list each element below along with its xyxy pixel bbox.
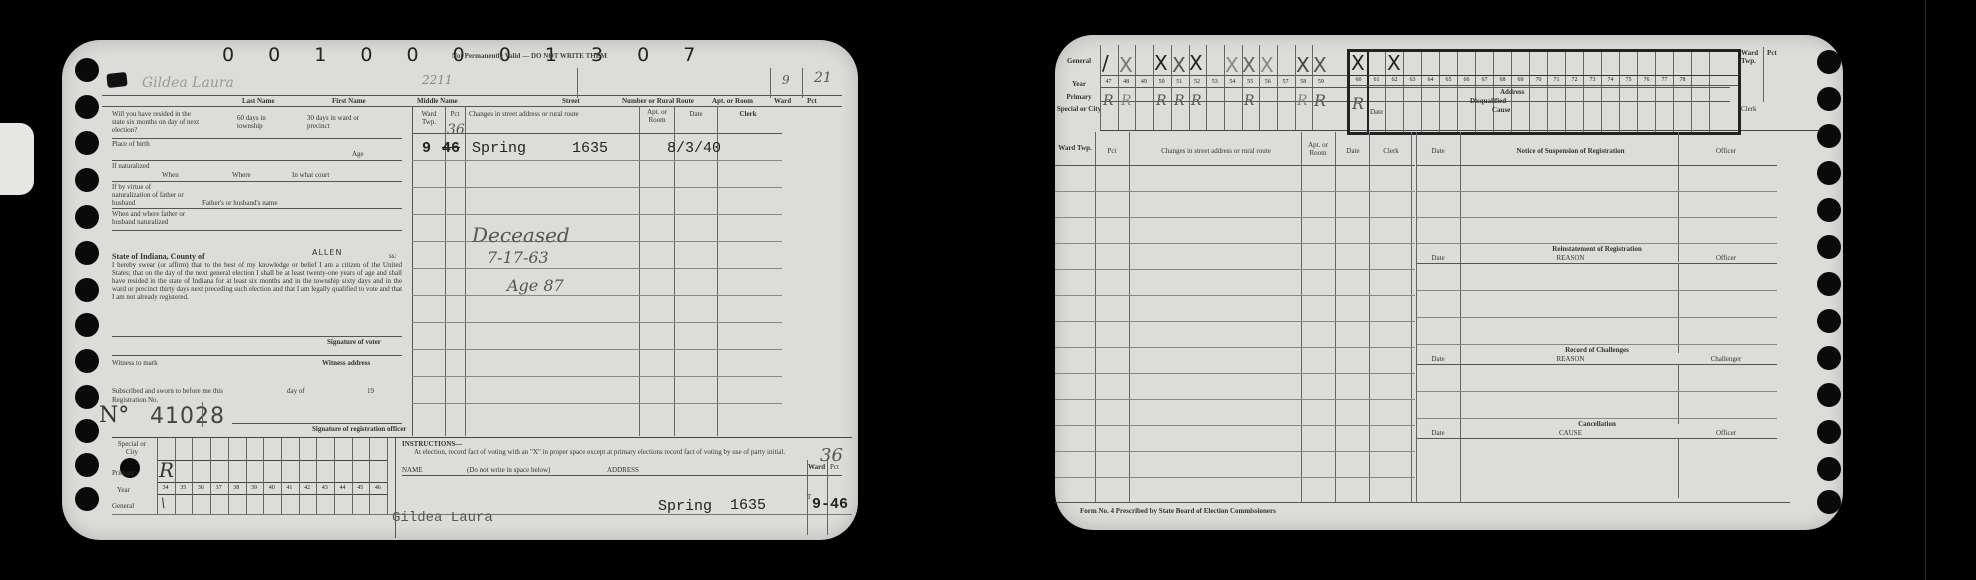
reinstatement-officer-label: Officer <box>1681 254 1771 262</box>
punch-hole <box>1817 457 1841 481</box>
year-cell: 74 <box>1602 77 1619 83</box>
primary-mark: R <box>1156 93 1167 109</box>
row-label-year: Year <box>117 486 130 494</box>
ss-label: ss: <box>389 252 396 260</box>
back-col-ward: Ward Twp. <box>1055 144 1095 152</box>
typed-ward-pct: 9-46 <box>812 496 848 513</box>
primary-mark: R <box>1174 93 1185 109</box>
pct-handwritten-36: 36 <box>447 122 465 138</box>
year-cell: 46 <box>369 485 386 491</box>
back-col-date: Date <box>1337 147 1369 155</box>
general-mark: X <box>1189 53 1203 73</box>
back-clerk-label: Clerk <box>1741 105 1757 113</box>
number-symbol: N° <box>99 403 129 428</box>
year-cell: 52 <box>1189 79 1206 85</box>
general-mark: / <box>1102 53 1109 73</box>
punch-hole <box>1817 198 1841 222</box>
year-cell: 42 <box>299 485 316 491</box>
year-cell: 72 <box>1566 77 1583 83</box>
voter-registration-card-front: 0 0 1 0 0 0 0 1 3 0 7 Not Permanently Va… <box>62 40 858 540</box>
year-cell: 51 <box>1171 79 1188 85</box>
t-prefix: T <box>807 493 811 501</box>
naturalized-label: If naturalized <box>112 162 152 170</box>
punch-hole <box>1817 235 1841 259</box>
reinstatement-heading: Reinstatement of Registration <box>1417 245 1777 253</box>
year-cell: 62 <box>1386 77 1403 83</box>
first-name-label: First Name <box>332 97 366 105</box>
punch-hole <box>1817 490 1841 514</box>
back-row-year: Year <box>1055 80 1103 88</box>
year-cell: 50 <box>1153 79 1170 85</box>
punch-hole <box>1817 124 1841 148</box>
apt-room-label: Apt. or Room <box>712 97 753 105</box>
year-cell: 45 <box>352 485 369 491</box>
year-cell: 65 <box>1440 77 1457 83</box>
voter-registration-card-back: General Year Primary Special or City 47 … <box>1055 35 1843 530</box>
name-handwritten: Gildea Laura <box>142 75 234 91</box>
primary-mark: R <box>1121 93 1132 109</box>
county-value: ALLEN <box>312 248 342 257</box>
general-mark: X <box>1313 55 1327 75</box>
year-cell: 56 <box>1259 79 1276 85</box>
back-col-clerk: Clerk <box>1371 147 1411 155</box>
last-name-label: Last Name <box>242 97 274 105</box>
virtue-label: If by virtue of naturalization of father… <box>112 183 187 207</box>
deceased-note: Deceased <box>472 223 570 247</box>
back-col-apt: Apt. or Room <box>1301 141 1335 157</box>
primary-mark: R <box>1352 94 1364 113</box>
year-cell: 69 <box>1512 77 1529 83</box>
year-cell: 64 <box>1422 77 1439 83</box>
col-clerk: Clerk <box>718 110 778 118</box>
ward-label: Ward <box>774 97 791 105</box>
punch-hole <box>75 95 99 119</box>
general-mark: X <box>1296 55 1310 75</box>
row-number: 1635 <box>572 140 608 157</box>
primary-mark: R <box>159 458 174 482</box>
col-changes: Changes in street address or rural route <box>469 110 639 118</box>
typed-street: Spring <box>658 498 712 515</box>
year-cell: 44 <box>334 485 351 491</box>
witness-mark-label: Witness to mark <box>112 359 158 367</box>
instructions-heading: INSTRUCTIONS— <box>402 440 462 448</box>
year-cell: 71 <box>1548 77 1565 83</box>
reinstatement-date-label: Date <box>1417 254 1459 262</box>
general-mark: X <box>1119 55 1133 75</box>
pct-handwritten: 21 <box>814 70 832 86</box>
col-date: Date <box>675 110 717 118</box>
punch-hole <box>1817 272 1841 296</box>
general-mark: X <box>1154 53 1168 73</box>
punch-hole <box>75 487 99 511</box>
cancellation-cause-label: CAUSE <box>1463 429 1678 437</box>
ward-question: 30 days in ward or precinct <box>307 114 367 130</box>
court-label: In what court <box>292 171 329 179</box>
primary-mark: R <box>1191 93 1202 109</box>
deceased-age: Age 87 <box>507 276 564 295</box>
primary-mark: R <box>1297 93 1308 109</box>
year-cell: 66 <box>1458 77 1475 83</box>
row-label-special: Special or City <box>112 440 152 456</box>
where-label: Where <box>232 171 251 179</box>
suspension-date-label: Date <box>1417 147 1459 155</box>
when-label: When <box>162 171 179 179</box>
do-not-write-label: (Do not write in space below) <box>467 466 550 474</box>
year-cell: 48 <box>1118 79 1135 85</box>
year-prefix: 19 <box>367 387 374 395</box>
pct-label: Pct <box>807 97 817 105</box>
year-cell: 40 <box>263 485 280 491</box>
year-cell: 58 <box>1295 79 1312 85</box>
year-cell: 55 <box>1242 79 1259 85</box>
number-rural-route-label: Number or Rural Route <box>622 97 694 105</box>
col-pct: Pct <box>446 110 464 118</box>
back-col-pct: Pct <box>1097 147 1127 155</box>
typed-name: Gildea Laura <box>392 510 493 526</box>
row-street: Spring <box>472 140 526 157</box>
row-date: 8/3/40 <box>667 140 721 157</box>
col-apt-room: Apt. or Room <box>640 108 674 124</box>
row-pct: 46 <box>442 140 460 157</box>
punch-hole <box>75 241 99 265</box>
year-cell: 39 <box>246 485 263 491</box>
punch-hole <box>75 131 99 155</box>
punch-hole <box>75 453 99 477</box>
challenges-reason-label: REASON <box>1463 355 1678 363</box>
year-cell: 59 <box>1312 79 1329 85</box>
name-label: NAME <box>402 466 423 474</box>
father-label: Father's or husband's name <box>202 199 277 207</box>
year-cell: 47 <box>1100 79 1117 85</box>
back-ward-twp-label: Ward Twp. <box>1741 49 1763 65</box>
deceased-date: 7-17-63 <box>487 248 549 267</box>
back-voting-grid-right: 60 61 62 63 64 65 66 67 68 69 70 71 72 7… <box>1347 49 1741 135</box>
year-cell: 73 <box>1584 77 1601 83</box>
suspension-heading: Notice of Suspension of Registration <box>1463 147 1678 155</box>
back-voting-grid-left: 47 48 49 50 51 52 53 54 55 56 57 58 59 /… <box>1100 45 1330 130</box>
punch-hole <box>1817 420 1841 444</box>
year-cell: 77 <box>1656 77 1673 83</box>
cancellation-officer-label: Officer <box>1681 429 1771 437</box>
punch-hole <box>75 168 99 192</box>
punch-hole <box>75 419 99 443</box>
primary-mark: R <box>1314 91 1326 110</box>
punch-hole <box>1817 161 1841 185</box>
year-cell: 49 <box>1135 79 1152 85</box>
voting-record-grid: 34 35 36 37 38 39 40 41 42 43 44 45 46 R… <box>157 438 387 514</box>
punch-hole <box>75 205 99 229</box>
punch-hole <box>75 278 99 302</box>
year-cell: 57 <box>1277 79 1294 85</box>
witness-address-label: Witness address <box>322 359 370 367</box>
primary-mark: R <box>1103 93 1114 109</box>
signature-voter-label: Signature of voter <box>327 338 381 346</box>
year-cell: 70 <box>1530 77 1547 83</box>
punch-hole <box>75 349 99 373</box>
year-cell: 36 <box>192 485 209 491</box>
year-cell: 63 <box>1404 77 1421 83</box>
year-cell: 43 <box>316 485 333 491</box>
general-mark: X <box>1387 53 1401 73</box>
year-cell: 35 <box>175 485 192 491</box>
back-pct-label: Pct <box>1767 49 1777 57</box>
instructions-text: At election, record fact of voting with … <box>414 448 834 456</box>
oath-text: I hereby swear (or affirm) that to the b… <box>112 261 402 301</box>
punch-hole <box>1817 50 1841 74</box>
punch-hole <box>75 385 99 409</box>
scan-edge-line <box>1925 0 1926 580</box>
ward-handwritten: 9 <box>782 73 790 87</box>
redaction-mark <box>106 72 127 88</box>
cancellation-heading: Cancellation <box>1417 420 1777 428</box>
address-label: ADDRESS <box>607 466 639 474</box>
subscribed-text: Subscribed and sworn to before me this <box>112 387 223 395</box>
form-footer: Form No. 4 Prescribed by State Board of … <box>1080 507 1276 515</box>
middle-name-label: Middle Name <box>417 97 458 105</box>
year-cell: 61 <box>1368 77 1385 83</box>
birth-label: Place of birth <box>112 140 152 148</box>
general-mark: X <box>1225 55 1239 75</box>
year-cell: 68 <box>1494 77 1511 83</box>
header-notice: Not Permanently Valid — DO NOT WRITE THE… <box>452 52 607 60</box>
year-cell: 75 <box>1620 77 1637 83</box>
general-mark: X <box>1242 55 1256 75</box>
row-label-primary: Primary <box>112 469 135 477</box>
challenges-challenger-label: Challenger <box>1681 355 1771 363</box>
punch-hole <box>75 313 99 337</box>
overlay-cause-label: Cause <box>1492 106 1510 114</box>
general-mark: X <box>1260 55 1274 75</box>
township-question: 60 days in township <box>237 114 287 130</box>
residence-question: Will you have resided in the state six m… <box>112 110 202 134</box>
number-handwritten: 2211 <box>422 73 453 87</box>
challenges-heading: Record of Challenges <box>1417 346 1777 354</box>
officer-signature-label: Signature of registration officer <box>312 425 406 433</box>
year-cell: 34 <box>157 485 174 491</box>
challenges-date-label: Date <box>1417 355 1459 363</box>
year-cell: 67 <box>1476 77 1493 83</box>
general-mark: X <box>1351 53 1365 73</box>
year-cell: 76 <box>1638 77 1655 83</box>
col-ward-twp: Ward Twp. <box>414 110 444 126</box>
overlay-address-label: Address <box>1500 88 1524 96</box>
back-row-special: Special or City <box>1055 105 1103 113</box>
back-row-general: General <box>1055 57 1103 65</box>
punch-hole <box>1817 383 1841 407</box>
year-cell: 41 <box>281 485 298 491</box>
punch-hole <box>75 58 99 82</box>
suspension-officer-label: Officer <box>1681 147 1771 155</box>
age-label: Age <box>352 150 364 158</box>
back-row-primary: Primary <box>1055 93 1103 101</box>
year-cell: 78 <box>1674 77 1691 83</box>
day-of-label: day of <box>287 387 305 395</box>
back-col-changes: Changes in street address or rural route <box>1131 147 1301 155</box>
primary-mark: R <box>1244 93 1255 109</box>
row-ward: 9 <box>422 140 431 157</box>
cancellation-date-label: Date <box>1417 429 1459 437</box>
year-cell: 38 <box>228 485 245 491</box>
overlay-disqualified-label: Disqualified <box>1470 97 1506 105</box>
year-cell: 37 <box>210 485 227 491</box>
punch-hole <box>1817 309 1841 333</box>
year-cell: 53 <box>1206 79 1223 85</box>
pct-handwritten-bottom: 36 <box>820 445 843 466</box>
row-label-general: General <box>112 502 134 510</box>
oath-heading: State of Indiana, County of <box>112 252 205 261</box>
general-mark: X <box>1172 55 1186 75</box>
year-cell: 60 <box>1350 77 1367 83</box>
scan-artifact <box>0 123 34 195</box>
reinstatement-reason-label: REASON <box>1463 254 1678 262</box>
registration-number: 41028 <box>150 404 225 429</box>
typed-number: 1635 <box>730 497 766 514</box>
father-naturalized-label: When and where father or husband natural… <box>112 210 192 226</box>
street-label: Street <box>562 97 580 105</box>
overlay-date-label: Date <box>1370 108 1383 116</box>
punch-hole <box>1817 346 1841 370</box>
general-mark: \ <box>161 496 165 511</box>
punch-hole <box>1817 87 1841 111</box>
year-cell: 54 <box>1224 79 1241 85</box>
